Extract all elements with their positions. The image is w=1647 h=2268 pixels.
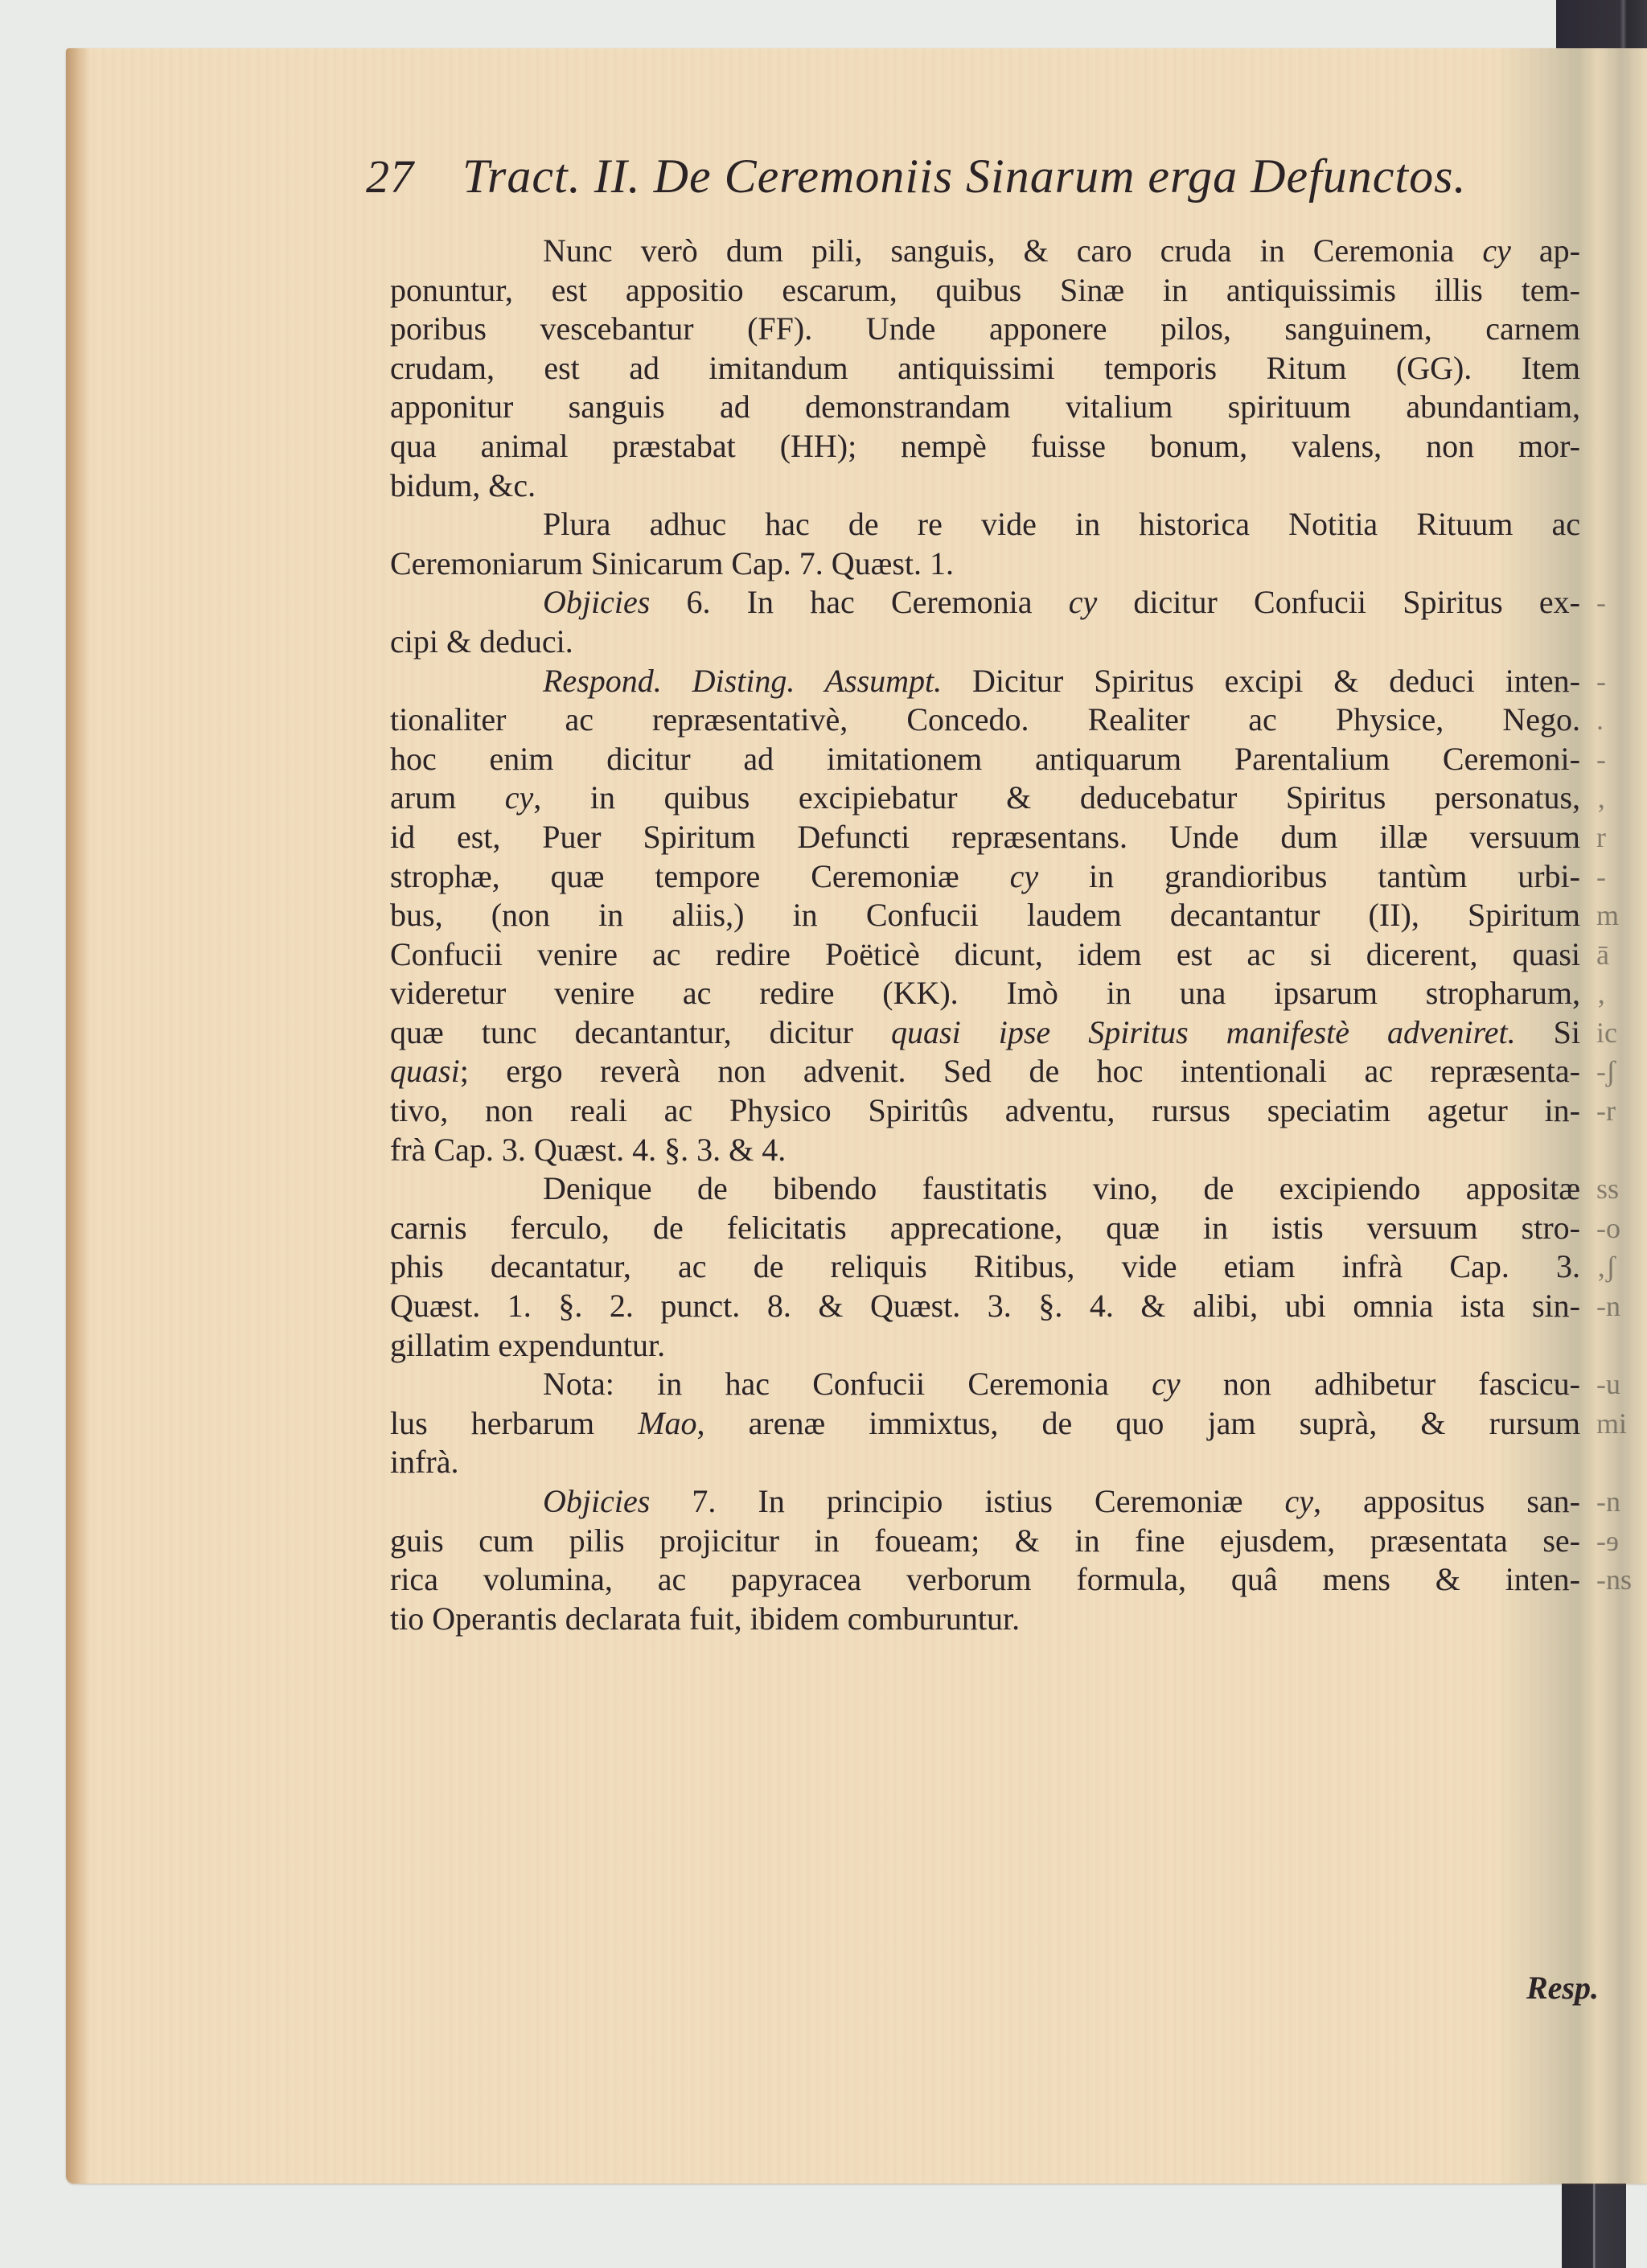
bleed-mark: ‚: [1596, 974, 1645, 1013]
text-line: Objicies 7. In principio istius Ceremoni…: [390, 1482, 1580, 1522]
text-run: phis decantatur, ac de reliquis Ritibus,…: [390, 1248, 1580, 1284]
text-run: hoc enim dicitur ad imitationem antiquar…: [390, 741, 1580, 777]
text-run: non adhibetur fascicu-: [1181, 1366, 1580, 1402]
italic-run: cy: [1482, 232, 1511, 269]
bleed-mark: -r: [1596, 1091, 1645, 1131]
bleed-mark: -: [1596, 857, 1645, 897]
text-line: tio Operantis declarata fuit, ibidem com…: [390, 1600, 1580, 1639]
text-line: Nota: in hac Confucii Ceremonia cy non a…: [390, 1365, 1580, 1404]
bleed-mark: [1596, 271, 1645, 310]
text-line: Quæst. 1. §. 2. punct. 8. & Quæst. 3. §.…: [390, 1287, 1580, 1326]
text-run: Dicitur Spiritus excipi & deduci inten-: [942, 663, 1580, 699]
text-run: 6. In hac Ceremonia: [650, 584, 1068, 620]
bleed-mark: -: [1596, 740, 1645, 779]
text-run: dicitur Confucii Spiritus ex-: [1097, 584, 1580, 620]
bleed-mark: [1596, 1131, 1645, 1170]
text-line: guis cum pilis projicitur in foueam; & i…: [390, 1522, 1580, 1561]
italic-run: quasi ipse Spiritus manifestè adveniret.: [891, 1014, 1516, 1050]
text-line: Plura adhuc hac de re vide in historica …: [390, 505, 1580, 544]
bleed-mark: [1596, 505, 1645, 544]
bleed-mark: [1596, 622, 1645, 662]
bleed-mark: [1596, 1600, 1645, 1639]
bleed-mark: -n: [1596, 1482, 1645, 1522]
text-line: tivo, non reali ac Physico Spiritûs adve…: [390, 1091, 1580, 1131]
bleed-mark: [1596, 310, 1645, 349]
text-run: lus herbarum: [390, 1405, 638, 1441]
text-run: Confucii venire ac redire Poëticè dicunt…: [390, 936, 1580, 972]
text-run: Denique de bibendo faustitatis vino, de …: [543, 1170, 1580, 1206]
bleed-mark: ic: [1596, 1013, 1645, 1053]
book-board-bottom: [1562, 2184, 1626, 2268]
text-run: bus, (non in aliis,) in Confucii laudem …: [390, 897, 1580, 933]
bleed-mark: m: [1596, 896, 1645, 935]
running-head-title: Tract. II. De Ceremoniis Sinarum erga De…: [462, 149, 1466, 204]
bleed-mark: ss: [1596, 1169, 1645, 1209]
text-line: crudam, est ad imitandum antiquissimi te…: [390, 349, 1580, 388]
text-line: Confucii venire ac redire Poëticè dicunt…: [390, 935, 1580, 975]
text-line: frà Cap. 3. Quæst. 4. §. 3. & 4.: [390, 1131, 1580, 1170]
bleed-mark: -o: [1596, 1209, 1645, 1248]
text-run: Nunc verò dum pili, sanguis, & caro crud…: [543, 232, 1482, 269]
bleed-mark: [1596, 1326, 1645, 1366]
text-run: Nota: in hac Confucii Ceremonia: [543, 1366, 1152, 1402]
italic-run: cy: [1285, 1483, 1314, 1519]
text-line: tionaliter ac repræsentativè, Concedo. R…: [390, 701, 1580, 740]
bleed-mark: -n: [1596, 1287, 1645, 1326]
text-run: arum: [390, 779, 505, 816]
running-head: 27 Tract. II. De Ceremoniis Sinarum erga…: [366, 149, 1620, 213]
text-run: quæ tunc decantantur, dicitur: [390, 1014, 891, 1050]
text-line: Denique de bibendo faustitatis vino, de …: [390, 1169, 1580, 1209]
text-run: carnis ferculo, de felicitatis apprecati…: [390, 1210, 1580, 1246]
text-run: gillatim expenduntur.: [390, 1327, 665, 1363]
text-line: poribus vescebantur (FF). Unde apponere …: [390, 310, 1580, 349]
italic-run: cy: [1069, 584, 1098, 620]
bleed-mark: -ʃ: [1596, 1052, 1645, 1091]
italic-run: Objicies: [543, 584, 650, 620]
text-line: videretur venire ac redire (KK). Imò in …: [390, 974, 1580, 1013]
text-run: ponuntur, est appositio escarum, quibus …: [390, 272, 1580, 308]
text-line: Nunc verò dum pili, sanguis, & caro crud…: [390, 232, 1580, 271]
text-line: Objicies 6. In hac Ceremonia cy dicitur …: [390, 583, 1580, 622]
text-run: tio Operantis declarata fuit, ibidem com…: [390, 1600, 1020, 1637]
italic-run: cy: [1152, 1366, 1181, 1402]
text-run: Plura adhuc hac de re vide in historica …: [543, 506, 1580, 542]
bleed-mark: -: [1596, 583, 1645, 622]
text-run: tionaliter ac repræsentativè, Concedo. R…: [390, 701, 1580, 738]
page-number: 27: [366, 150, 414, 203]
text-line: quasi; ergo reverà non advenit. Sed de h…: [390, 1052, 1580, 1091]
text-run: crudam, est ad imitandum antiquissimi te…: [390, 350, 1580, 386]
gutter-bleed-through: --.-‚r-mā‚ic-ʃ-rss-o‚ʃ-n-umi-n-ɘ-ns: [1596, 232, 1645, 1638]
text-line: arum cy, in quibus excipiebatur & deduce…: [390, 779, 1580, 818]
text-run: , arenæ immixtus, de quo jam suprà, & ru…: [697, 1405, 1580, 1441]
bleed-mark: mi: [1596, 1404, 1645, 1444]
bleed-mark: [1596, 466, 1645, 506]
italic-run: Objicies: [543, 1483, 650, 1519]
text-line: id est, Puer Spiritum Defuncti repræsent…: [390, 818, 1580, 857]
italic-run: quasi: [390, 1053, 460, 1089]
text-run: id est, Puer Spiritum Defuncti repræsent…: [390, 819, 1580, 855]
bleed-mark: [1596, 427, 1645, 466]
text-line: phis decantatur, ac de reliquis Ritibus,…: [390, 1247, 1580, 1287]
text-run: Ceremoniarum Sinicarum Cap. 7. Quæst. 1.: [390, 545, 954, 581]
text-run: tivo, non reali ac Physico Spiritûs adve…: [390, 1092, 1580, 1128]
text-run: ; ergo reverà non advenit. Sed de hoc in…: [460, 1053, 1580, 1089]
bleed-mark: -: [1596, 662, 1645, 701]
text-run: , in quibus excipiebatur & deducebatur S…: [533, 779, 1580, 816]
text-run: bidum, &c.: [390, 467, 536, 503]
text-line: rica volumina, ac papyracea verborum for…: [390, 1560, 1580, 1600]
text-run: Quæst. 1. §. 2. punct. 8. & Quæst. 3. §.…: [390, 1288, 1580, 1324]
text-line: apponitur sanguis ad demonstrandam vital…: [390, 388, 1580, 427]
italic-run: cy: [505, 779, 534, 816]
text-line: gillatim expenduntur.: [390, 1326, 1580, 1366]
text-run: , appositus san-: [1313, 1483, 1580, 1519]
text-line: carnis ferculo, de felicitatis apprecati…: [390, 1209, 1580, 1248]
bleed-mark: -ns: [1596, 1560, 1645, 1600]
bleed-mark: ‚ʃ: [1596, 1247, 1645, 1287]
bleed-mark: .: [1596, 701, 1645, 740]
text-run: Si: [1516, 1014, 1580, 1050]
bleed-mark: -ɘ: [1596, 1522, 1645, 1561]
text-run: frà Cap. 3. Quæst. 4. §. 3. & 4.: [390, 1132, 786, 1168]
catchword: Resp.: [1526, 1969, 1599, 2007]
text-run: infrà.: [390, 1444, 459, 1480]
text-line: infrà.: [390, 1443, 1580, 1482]
text-line: qua animal præstabat (HH); nempè fuisse …: [390, 427, 1580, 466]
text-run: cipi & deduci.: [390, 623, 573, 659]
bleed-mark: [1596, 388, 1645, 427]
bleed-mark: ā: [1596, 935, 1645, 975]
bleed-mark: [1596, 1443, 1645, 1482]
text-run: guis cum pilis projicitur in foueam; & i…: [390, 1522, 1580, 1559]
text-line: strophæ, quæ tempore Ceremoniæ cy in gra…: [390, 857, 1580, 897]
text-line: cipi & deduci.: [390, 622, 1580, 662]
text-run: 7. In principio istius Ceremoniæ: [650, 1483, 1284, 1519]
bleed-mark: [1596, 544, 1645, 584]
bleed-mark: -u: [1596, 1365, 1645, 1404]
bleed-mark: r: [1596, 818, 1645, 857]
text-run: in grandioribus tantùm urbi-: [1038, 858, 1580, 894]
bleed-mark: [1596, 349, 1645, 388]
bleed-mark: ‚: [1596, 779, 1645, 818]
text-line: lus herbarum Mao, arenæ immixtus, de quo…: [390, 1404, 1580, 1444]
text-line: bidum, &c.: [390, 466, 1580, 506]
text-run: ap-: [1511, 232, 1580, 269]
text-line: bus, (non in aliis,) in Confucii laudem …: [390, 896, 1580, 935]
text-run: apponitur sanguis ad demonstrandam vital…: [390, 388, 1580, 425]
text-run: videretur venire ac redire (KK). Imò in …: [390, 975, 1580, 1011]
italic-run: cy: [1010, 858, 1039, 894]
bleed-mark: [1596, 232, 1645, 271]
text-line: quæ tunc decantantur, dicitur quasi ipse…: [390, 1013, 1580, 1053]
italic-run: Respond. Disting. Assumpt.: [543, 663, 942, 699]
text-run: strophæ, quæ tempore Ceremoniæ: [390, 858, 1010, 894]
italic-run: Mao: [638, 1405, 696, 1441]
text-run: rica volumina, ac papyracea verborum for…: [390, 1561, 1580, 1597]
text-run: poribus vescebantur (FF). Unde apponere …: [390, 310, 1580, 347]
text-line: ponuntur, est appositio escarum, quibus …: [390, 271, 1580, 310]
text-line: hoc enim dicitur ad imitationem antiquar…: [390, 740, 1580, 779]
text-line: Respond. Disting. Assumpt. Dicitur Spiri…: [390, 662, 1580, 701]
text-line: Ceremoniarum Sinicarum Cap. 7. Quæst. 1.: [390, 544, 1580, 584]
body-text: Nunc verò dum pili, sanguis, & caro crud…: [390, 232, 1580, 1638]
text-run: qua animal præstabat (HH); nempè fuisse …: [390, 428, 1580, 464]
